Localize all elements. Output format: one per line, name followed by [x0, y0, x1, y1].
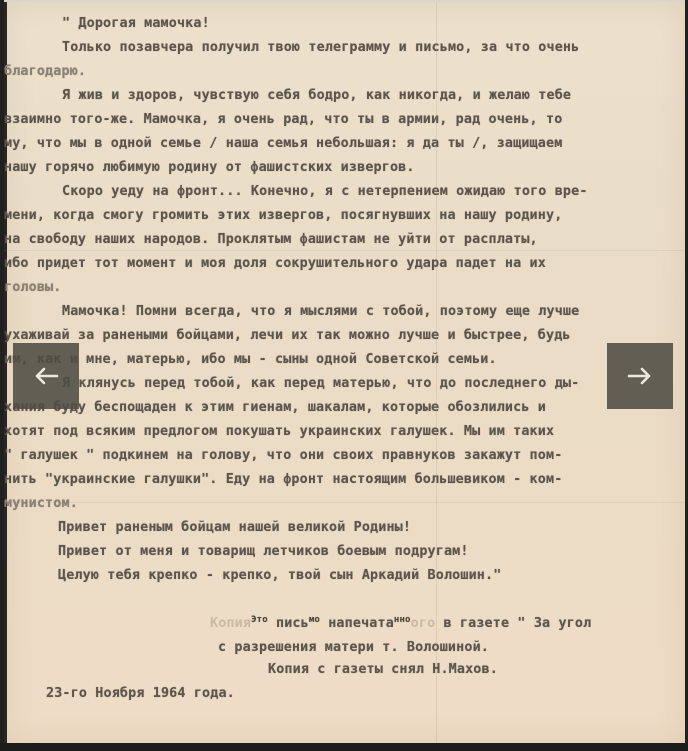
letter-line: Привет от меня и товарищ летчиков боевым…: [58, 544, 469, 560]
letter-line: Привет раненым бойцам нашей великой Роди…: [58, 520, 411, 536]
letter-line: " галушек " подкинем на голову, что они …: [4, 448, 562, 464]
letter-line: Скоро уеду на фронт... Конечно, я с нете…: [62, 184, 588, 200]
paper-fold: [4, 502, 685, 503]
document-page: " Дорогая мамочка! Только позавчера полу…: [4, 0, 685, 745]
letter-line: Мамочка! Помни всегда, что я мыслями с т…: [62, 304, 579, 320]
letter-line: ухаживай за ранеными бойцами, лечи их та…: [4, 328, 571, 344]
letter-line: хания буду беспощаден к этим гиенам, шак…: [4, 400, 546, 416]
document-date: 23-го Ноября 1964 года.: [46, 686, 235, 702]
paper-fold: [4, 250, 685, 251]
letter-line: Я жив и здоров, чувствую себя бодро, как…: [62, 88, 571, 104]
greeting: " Дорогая мамочка!: [62, 16, 210, 32]
letter-line: ибо придет тот момент и моя доля сокруши…: [4, 256, 546, 272]
letter-line: взаимно того-же. Мамочка, я очень рад, ч…: [4, 112, 562, 128]
publication-note: КопияЭто письмо напечатанноого в газете …: [210, 616, 591, 633]
signature-line: Целую тебя крепко - крепко, твой сын Арк…: [58, 568, 501, 584]
publication-note: с разрешения матери т. Волошиной.: [218, 640, 489, 656]
next-image-button[interactable]: [607, 343, 673, 409]
letter-line: благодарю.: [4, 64, 86, 80]
viewer-bottom-edge: [0, 743, 688, 751]
arrow-right-icon: [627, 367, 653, 385]
image-viewer: " Дорогая мамочка! Только позавчера полу…: [0, 0, 688, 751]
letter-line: Я клянусь перед тобой, как перед матерью…: [62, 376, 579, 392]
letter-line: му, что мы в одной семье / наша семья не…: [4, 136, 562, 152]
copy-note: Копия с газеты снял Н.Махов.: [268, 662, 498, 678]
letter-line: головы.: [4, 280, 61, 296]
letter-line: Только позавчера получил твою телеграмму…: [62, 40, 579, 56]
letter-line: мени, когда смогу громить этих извергов,…: [4, 208, 562, 224]
letter-line: нить "украинские галушки". Еду на фронт …: [4, 472, 562, 488]
letter-line: на свободу наших народов. Проклятым фаши…: [4, 232, 538, 248]
previous-image-button[interactable]: [13, 343, 79, 409]
letter-line: мунистом.: [4, 496, 78, 512]
ghost-text: Копия: [210, 616, 251, 631]
letter-line: хотят под всяким предлогом покушать укра…: [4, 424, 554, 440]
arrow-left-icon: [33, 367, 59, 385]
letter-line: нашу горячо любимую родину от фашистских…: [4, 160, 415, 176]
